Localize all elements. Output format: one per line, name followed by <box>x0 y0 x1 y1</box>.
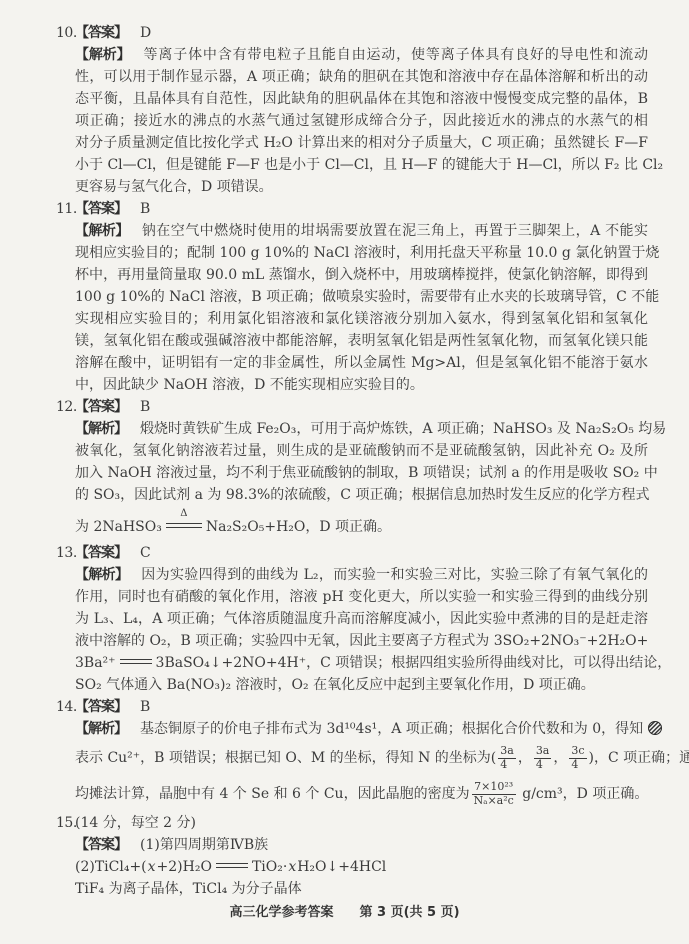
delta-symbol: Δ <box>180 508 187 520</box>
answer-marker: 【答案】 <box>75 399 127 415</box>
analysis-marker: 【解析】 <box>75 567 128 583</box>
fraction-denominator: 4 <box>498 759 516 772</box>
question-item-q12: 12.【答案】B【解析】煅烧时黄铁矿生成 Fe₂O₃，可用于高炉炼铁，A 项正确… <box>75 396 648 542</box>
variable: x <box>147 859 157 875</box>
fraction-numerator: 3c <box>569 745 586 759</box>
text-line: 加入 NaOH 溶液过量，均不利于焦亚硫酸钠的制取，B 项错误；试剂 a 的作用… <box>75 462 648 484</box>
text-line: 100 g 10%的 NaCl 溶液，B 项正确；做喷泉实验时，需要带有止水夹的… <box>75 286 648 308</box>
text-line: 表示 Cu²⁺，B 项错误；根据已知 O、M 的坐标，得知 N 的坐标为(3a4… <box>75 740 648 776</box>
text-line: 杯中，再用量筒量取 90.0 mL 蒸馏水，倒入烧杯中，用玻璃棒搅拌，使氯化钠溶… <box>75 264 648 286</box>
answer-line: 11.【答案】B <box>75 198 648 220</box>
answer-line: 12.【答案】B <box>75 396 648 418</box>
fraction-denominator: 4 <box>569 759 586 772</box>
answer-line: 13.【答案】C <box>75 542 648 564</box>
text-line: 溶解在酸中，证明铝有一定的非金属性，所以金属性 Mg>Al，但是氢氧化铝不能溶于… <box>75 352 648 374</box>
question-number: 10. <box>56 22 75 44</box>
fraction-numerator: 7×10²³ <box>472 781 516 795</box>
items-container: 10.【答案】D【解析】等离子体中含有带电粒子且能自由运动，使等离子体具有良好的… <box>56 22 648 900</box>
equals-bar <box>166 523 202 529</box>
analysis-marker: 【解析】 <box>75 721 127 737</box>
text-line: 中，因此缺少 NaOH 溶液，D 不能实现相应实验目的。 <box>75 374 648 396</box>
text-line: 【解析】基态铜原子的价电子排布式为 3d¹⁰4s¹，A 项正确；根据化合价代数和… <box>75 718 648 740</box>
question-number: 11. <box>56 198 75 220</box>
hatched-atom-icon <box>648 721 662 735</box>
analysis-marker: 【解析】 <box>75 421 127 437</box>
page-footer: 高三化学参考答案第 3 页(共 5 页) <box>0 902 689 924</box>
fraction-denominator: Nₐ×a²c <box>472 795 516 808</box>
answer-sheet-page: 10.【答案】D【解析】等离子体中含有带电粒子且能自由运动，使等离子体具有良好的… <box>0 0 689 944</box>
question-item-q10: 10.【答案】D【解析】等离子体中含有带电粒子且能自由运动，使等离子体具有良好的… <box>75 22 648 198</box>
heated-equals-sign: Δ <box>166 523 202 529</box>
text-line: 【解析】等离子体中含有带电粒子且能自由运动，使等离子体具有良好的导电性和流动 <box>75 44 648 66</box>
text-line: 3Ba²⁺3BaSO₄↓+2NO+4H⁺，C 项错误；根据四组实验所得曲线对比，… <box>75 652 648 674</box>
text-line: SO₂ 气体通入 Ba(NO₃)₂ 溶液时，O₂ 在氧化反应中起到主要氧化作用，… <box>75 674 648 696</box>
fraction-numerator: 3a <box>498 745 516 759</box>
analysis-marker: 【解析】 <box>75 223 129 239</box>
fraction-numerator: 3a <box>534 745 552 759</box>
question-item-q14: 14.【答案】B【解析】基态铜原子的价电子排布式为 3d¹⁰4s¹，A 项正确；… <box>75 696 648 812</box>
text-line: 作用，同时也有硝酸的氧化作用，溶液 pH 变化更大，所以实验一和实验三得到的曲线… <box>75 586 648 608</box>
answer-line: 14.【答案】B <box>75 696 648 718</box>
text-line: TiF₄ 为离子晶体，TiCl₄ 为分子晶体 <box>75 878 648 900</box>
question-number: 15. <box>56 812 75 834</box>
variable: x <box>287 859 297 875</box>
text-line: 实现相应实验目的；利用氯化铝溶液和氯化镁溶液分别加入氨水，得到氢氧化铝和氢氧化 <box>75 308 648 330</box>
text-line: 为 2NaHSO₃ΔNa₂S₂O₅+H₂O，D 项正确。 <box>75 516 648 542</box>
fraction: 3c4 <box>569 745 586 771</box>
text-line: 项正确；接近水的沸点的水蒸气通过氢键形成缔合分子，因此接近水的沸点的水蒸气的相 <box>75 110 648 132</box>
text-line: 现相应实验目的；配制 100 g 10%的 NaCl 溶液时，利用托盘天平称量 … <box>75 242 648 264</box>
text-line: 为 L₃、L₄，A 项正确；气体溶质随温度升高而溶解度减小，因此实验中煮沸的目的… <box>75 608 648 630</box>
fraction: 3a4 <box>534 745 552 771</box>
answer-line: 15.(14 分，每空 2 分) <box>75 812 648 834</box>
answer-marker: 【答案】 <box>75 545 127 561</box>
analysis-marker: 【解析】 <box>75 47 130 63</box>
question-item-q13: 13.【答案】C【解析】因为实验四得到的曲线为 L₂，而实验一和实验三对比，实验… <box>75 542 648 696</box>
answer-marker: 【答案】 <box>75 837 127 853</box>
text-line: 镁，氢氧化铝在酸或强碱溶液中都能溶解，表明氢氧化铝是两性氢氧化物，而氢氧化镁只能 <box>75 330 648 352</box>
question-item-q15: 15.(14 分，每空 2 分)【答案】(1)第四周期第ⅣB族(2)TiCl₄+… <box>75 812 648 900</box>
text-line: 均摊法计算，晶胞中有 4 个 Se 和 6 个 Cu，因此晶胞的密度为7×10²… <box>75 776 648 812</box>
footer-doc-title: 高三化学参考答案 <box>229 905 333 920</box>
text-line: 小于 Cl—Cl，但是键能 F—F 也是小于 Cl—Cl，且 H—F 的键能大于… <box>75 154 648 176</box>
text-line: 性，可以用于制作显示器，A 项正确；缺角的胆矾在其饱和溶液中存在晶体溶解和析出的… <box>75 66 648 88</box>
text-line: 被氧化，氢氧化钠溶液若过量，则生成的是亚硫酸钠而不是亚硫酸氢钠，因此补充 O₂ … <box>75 440 648 462</box>
answer-marker: 【答案】 <box>75 201 127 217</box>
text-line: 态平衡，且晶体具有自范性，因此缺角的胆矾晶体在其饱和溶液中慢慢变成完整的晶体，B <box>75 88 648 110</box>
text-line: 液中溶解的 O₂，B 项正确；实验四中无氧，因此主要离子方程式为 3SO₂+2N… <box>75 630 648 652</box>
question-number: 13. <box>56 542 75 564</box>
text-line: 对分子质量测定值比按化学式 H₂O 计算出来的相对分子质量大，C 项正确；虽然键… <box>75 132 648 154</box>
text-line: 更容易与氢气化合，D 项错误。 <box>75 176 648 198</box>
text-line: 【解析】煅烧时黄铁矿生成 Fe₂O₃，可用于高炉炼铁，A 项正确；NaHSO₃ … <box>75 418 648 440</box>
question-number: 14. <box>56 696 75 718</box>
text-line: 【解析】因为实验四得到的曲线为 L₂，而实验一和实验三对比，实验三除了有氧气氧化… <box>75 564 648 586</box>
fraction: 7×10²³Nₐ×a²c <box>472 781 516 807</box>
answer-marker: 【答案】 <box>75 699 127 715</box>
footer-page-number: 第 3 页(共 5 页) <box>359 905 459 920</box>
text-line: 【答案】(1)第四周期第ⅣB族 <box>75 834 648 856</box>
text-line: 【解析】钠在空气中燃烧时使用的坩埚需要放置在泥三角上，再置于三脚架上，A 不能实 <box>75 220 648 242</box>
fraction: 3a4 <box>498 745 516 771</box>
text-line: (2)TiCl₄+(x+2)H₂OTiO₂·xH₂O↓+4HCl <box>75 856 648 878</box>
text-line: 的 SO₃，因此试剂 a 为 98.3%的浓硫酸，C 项正确；根据信息加热时发生… <box>75 484 648 506</box>
answer-line: 10.【答案】D <box>75 22 648 44</box>
equals-sign <box>216 863 248 869</box>
equals-sign <box>120 659 152 665</box>
fraction-denominator: 4 <box>534 759 552 772</box>
question-item-q11: 11.【答案】B【解析】钠在空气中燃烧时使用的坩埚需要放置在泥三角上，再置于三脚… <box>75 198 648 396</box>
question-number: 12. <box>56 396 75 418</box>
answer-marker: 【答案】 <box>75 25 127 41</box>
